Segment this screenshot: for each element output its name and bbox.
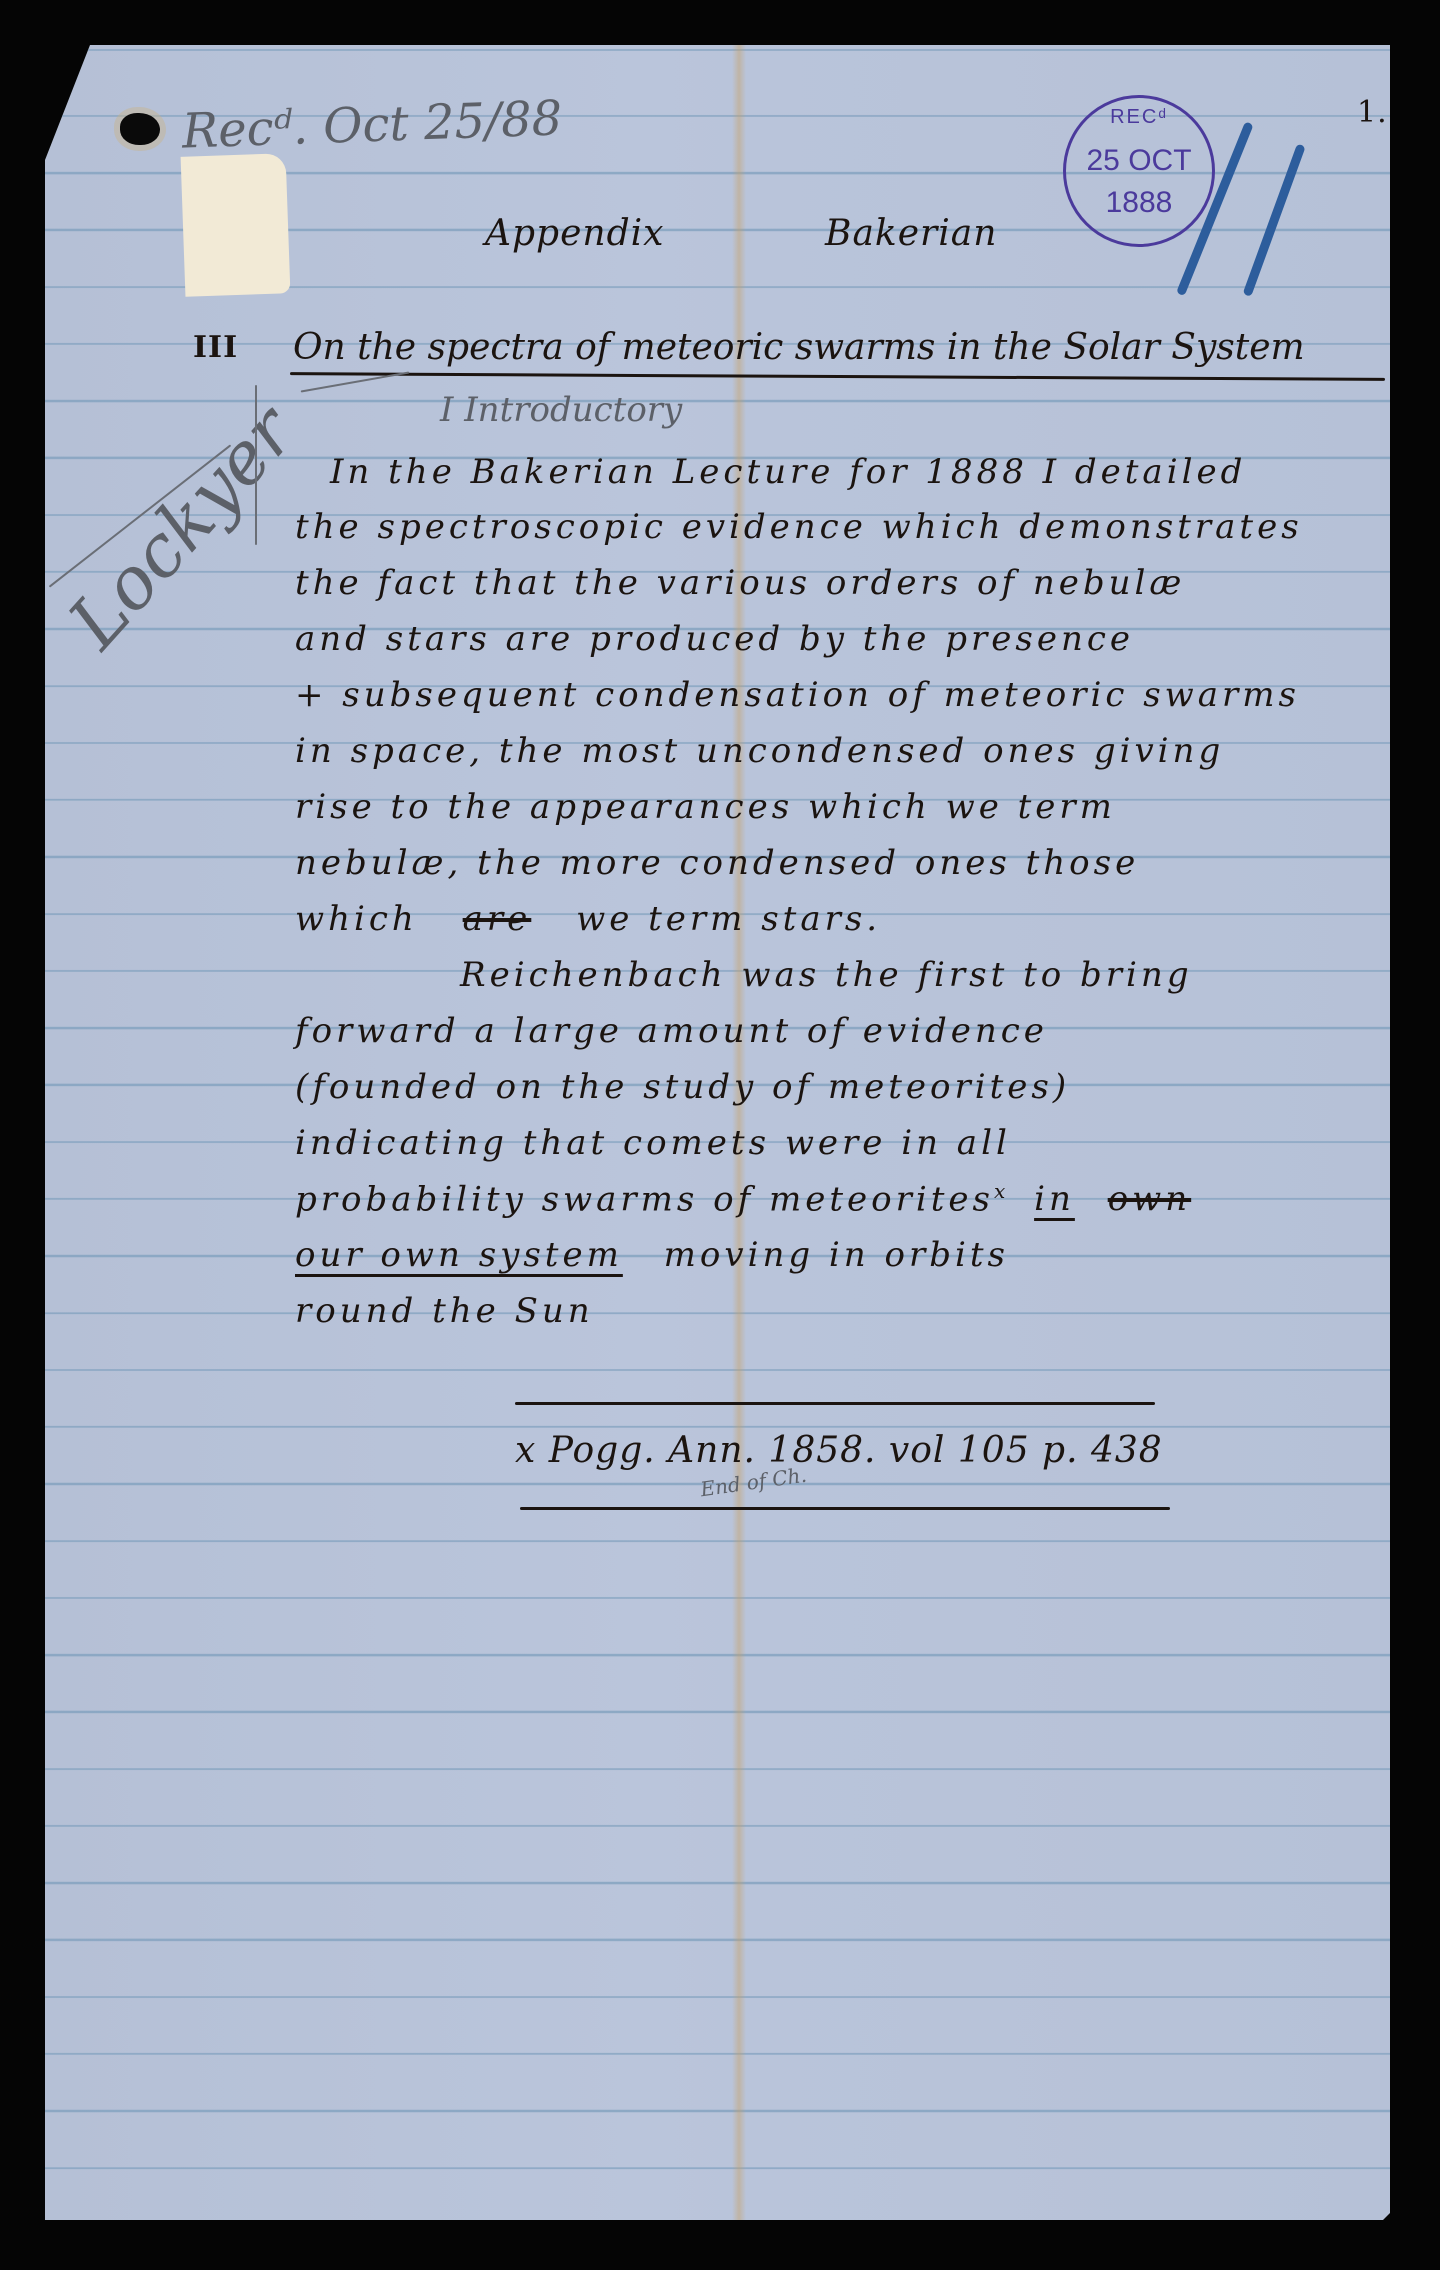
footnote-marker: x — [994, 1179, 1009, 1203]
paper-patch — [181, 153, 291, 297]
pencil-margin-bar — [255, 385, 257, 545]
footnote-text: x Pogg. Ann. 1858. vol 105 p. 438 — [515, 1430, 1163, 1471]
manuscript-page: Recᵈ. Oct 25/88 RECᵈ 25 OCT 1888 1. Appe… — [45, 45, 1390, 2220]
paragraph-1-line-5: + subsequent condensation of meteoric sw… — [295, 675, 1300, 715]
stamp-line-1: RECᵈ — [1066, 106, 1212, 129]
header-bakerian: Bakerian — [825, 213, 997, 254]
paragraph-1-line-1: In the Bakerian Lecture for 1888 I detai… — [330, 452, 1246, 492]
paragraph-1-line-4: and stars are produced by the presence — [295, 619, 1134, 659]
paragraph-2-line-6: our own system moving in orbits — [295, 1235, 1009, 1275]
section-title: On the spectra of meteoric swarms in the… — [293, 327, 1305, 368]
stamp-date: 25 OCT — [1066, 144, 1212, 178]
paragraph-2-line-2: forward a large amount of evidence — [295, 1011, 1048, 1051]
word-which: which — [295, 899, 418, 939]
paragraph-2-line-1: Reichenbach was the first to bring — [460, 955, 1193, 995]
footnote-rule-top — [515, 1402, 1155, 1405]
paragraph-1-line-2: the spectroscopic evidence which demonst… — [295, 507, 1303, 547]
section-numeral: III — [193, 330, 238, 365]
page-number: 1. — [1357, 95, 1388, 130]
struck-word: are — [463, 899, 532, 939]
paragraph-1-line-8: nebulæ, the more condensed ones those — [295, 843, 1139, 883]
footnote-rule-bottom — [520, 1507, 1170, 1510]
line-tail: we term stars. — [576, 899, 881, 939]
struck-word-own: own — [1108, 1179, 1191, 1219]
paragraph-1-line-6: in space, the most uncondensed ones givi… — [295, 731, 1224, 771]
paragraph-1-line-9: which are we term stars. — [295, 899, 881, 939]
paragraph-1-line-7: rise to the appearances which we term — [295, 787, 1116, 827]
punch-hole — [120, 113, 160, 145]
paragraph-2-line-5: probability swarms of meteoritesx in own — [295, 1179, 1191, 1219]
paragraph-1-line-3: the fact that the various orders of nebu… — [295, 563, 1185, 603]
line-rest: moving in orbits — [664, 1235, 1009, 1275]
paragraph-2-line-3: (founded on the study of meteorites) — [295, 1067, 1070, 1107]
stamp-year: 1888 — [1066, 186, 1212, 220]
paragraph-2-line-7: round the Sun — [295, 1291, 594, 1331]
inserted-word: in — [1034, 1179, 1075, 1219]
underlined-phrase: our own system — [295, 1235, 623, 1275]
line-prefix: probability swarms of meteorites — [295, 1179, 994, 1219]
pencil-subheading: I Introductory — [440, 390, 682, 430]
paragraph-2-line-4: indicating that comets were in all — [295, 1123, 1011, 1163]
header-appendix: Appendix — [485, 213, 664, 254]
received-stamp: RECᵈ 25 OCT 1888 — [1063, 95, 1215, 247]
